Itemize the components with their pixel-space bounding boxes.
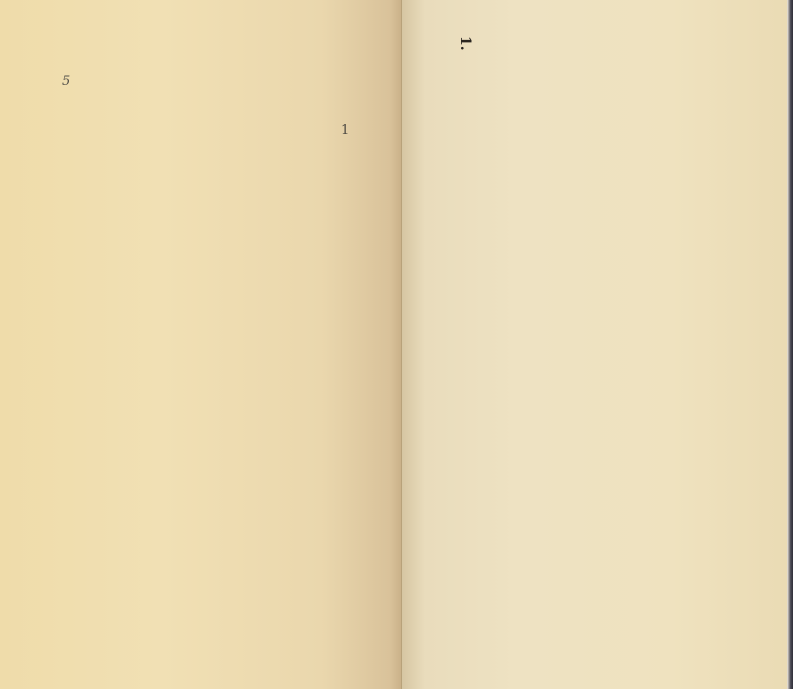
page-number: 5: [62, 74, 70, 89]
left-page: 5 1 『퇴학이냐 아니냐? 문제는 간단하다.』 영진은 책가방을 든 손에 …: [0, 0, 402, 689]
ink-mark: 1.: [458, 36, 472, 51]
right-page: [402, 0, 787, 689]
chapter-mark: 1: [341, 123, 349, 138]
book-spread: 5 1 『퇴학이냐 아니냐? 문제는 간단하다.』 영진은 책가방을 든 손에 …: [0, 0, 793, 689]
page-edge-shadow: [787, 0, 793, 689]
